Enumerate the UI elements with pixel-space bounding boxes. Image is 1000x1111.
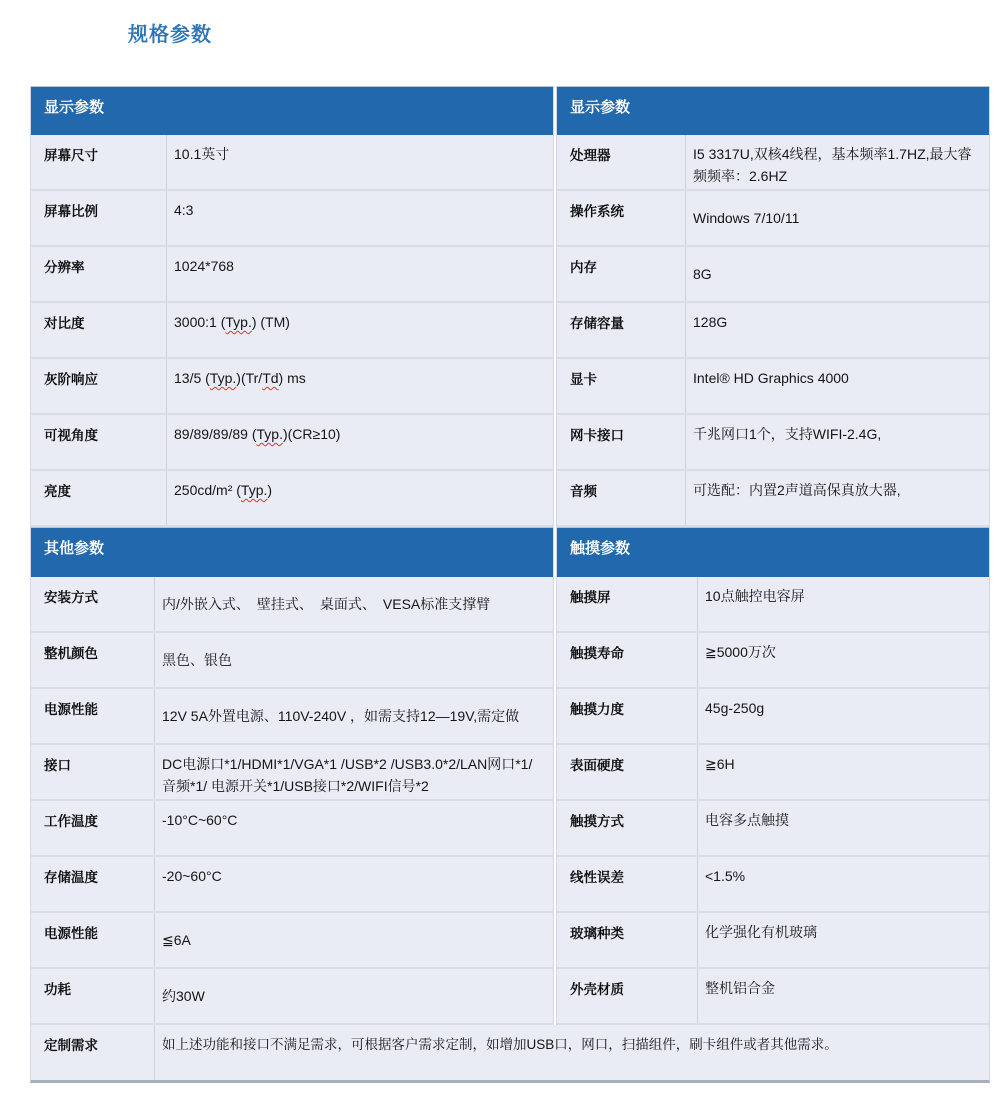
row-label: 接口 (31, 745, 154, 799)
row-value: 250cd/m² (Typ.) (166, 471, 553, 525)
row-label: 电源性能 (31, 689, 154, 743)
table-row: 触摸力度 45g-250g (557, 689, 989, 745)
table-row: 触摸寿命 ≧5000万次 (557, 633, 989, 689)
table-row: 屏幕比例 4:3 (31, 191, 553, 247)
row-value: 12V 5A外置电源、110V-240V ，如需支持12—19V,需定做 (154, 689, 553, 743)
row-label: 外壳材质 (557, 969, 697, 1023)
table-row: 线性误差 <1.5% (557, 857, 989, 913)
row-value: <1.5% (697, 857, 989, 911)
row-value: 10点触控电容屏 (697, 577, 989, 631)
row-value: 千兆网口1个，支持WIFI-2.4G, (685, 415, 989, 469)
row-value: 8G (685, 247, 989, 301)
table-row: 电源性能 12V 5A外置电源、110V-240V ，如需支持12—19V,需定… (31, 689, 553, 745)
spec-sheet-page: 规格参数 显示参数 屏幕尺寸 10.1英寸 屏幕比例 4:3 分辨率 1024*… (0, 0, 1000, 1111)
row-label: 对比度 (31, 303, 166, 357)
row-label: 屏幕比例 (31, 191, 166, 245)
table-row: 网卡接口 千兆网口1个，支持WIFI-2.4G, (557, 415, 989, 471)
table-row: 表面硬度 ≧6H (557, 745, 989, 801)
table-row: 内存 8G (557, 247, 989, 303)
row-label: 功耗 (31, 969, 154, 1023)
row-value: 黑色、银色 (154, 633, 553, 687)
row-value: 整机铝合金 (697, 969, 989, 1023)
row-value: -10°C~60°C (154, 801, 553, 855)
table-row: 亮度 250cd/m² (Typ.) (31, 471, 553, 527)
row-value: 约30W (154, 969, 553, 1023)
row-value: 内/外嵌入式、 壁挂式、 桌面式、 VESA标准支撑臂 (154, 577, 553, 631)
row-value: 1024*768 (166, 247, 553, 301)
row-label: 工作温度 (31, 801, 154, 855)
row-value: Intel® HD Graphics 4000 (685, 359, 989, 413)
page-title: 规格参数 (128, 18, 212, 47)
row-label: 灰阶响应 (31, 359, 166, 413)
table-row: 整机颜色 黑色、银色 (31, 633, 553, 689)
row-value: ≧5000万次 (697, 633, 989, 687)
row-label: 表面硬度 (557, 745, 697, 799)
row-value: 10.1英寸 (166, 135, 553, 189)
row-value: 可选配：内置2声道高保真放大器, (685, 471, 989, 525)
row-value: ≦6A (154, 913, 553, 967)
row-value: 如上述功能和接口不满足需求，可根据客户需求定制，如增加USB口，网口，扫描组件，… (154, 1025, 989, 1080)
spec-table: 显示参数 屏幕尺寸 10.1英寸 屏幕比例 4:3 分辨率 1024*768 对… (30, 86, 990, 1083)
row-label: 线性误差 (557, 857, 697, 911)
row-label: 触摸方式 (557, 801, 697, 855)
row-label: 存储容量 (557, 303, 685, 357)
table-row: 安装方式 内/外嵌入式、 壁挂式、 桌面式、 VESA标准支撑臂 (31, 577, 553, 633)
table-row: 操作系统 Windows 7/10/11 (557, 191, 989, 247)
table-row: 工作温度 -10°C~60°C (31, 801, 553, 857)
section-header-touch: 触摸参数 (557, 527, 989, 577)
row-label: 内存 (557, 247, 685, 301)
table-row-custom-needs: 定制需求 如上述功能和接口不满足需求，可根据客户需求定制，如增加USB口，网口，… (30, 1025, 990, 1083)
section-header-display-left: 显示参数 (31, 86, 553, 135)
table-touch: 触摸参数 触摸屏 10点触控电容屏 触摸寿命 ≧5000万次 触摸力度 45g-… (556, 527, 990, 1025)
table-display-right: 显示参数 处理器 I5 3317U,双核4线程，基本频率1.7HZ,最大睿频频率… (556, 86, 990, 527)
section-header-display-right: 显示参数 (557, 86, 989, 135)
table-row: 触摸方式 电容多点触摸 (557, 801, 989, 857)
row-label: 触摸寿命 (557, 633, 697, 687)
row-label: 安装方式 (31, 577, 154, 631)
row-label: 网卡接口 (557, 415, 685, 469)
row-label: 存储温度 (31, 857, 154, 911)
row-label: 可视角度 (31, 415, 166, 469)
table-row: 屏幕尺寸 10.1英寸 (31, 135, 553, 191)
row-label: 触摸屏 (557, 577, 697, 631)
row-label: 分辨率 (31, 247, 166, 301)
table-row: 功耗 约30W (31, 969, 553, 1025)
table-row: 可视角度 89/89/89/89 (Typ.)(CR≥10) (31, 415, 553, 471)
table-row: 外壳材质 整机铝合金 (557, 969, 989, 1025)
band-display: 显示参数 屏幕尺寸 10.1英寸 屏幕比例 4:3 分辨率 1024*768 对… (30, 86, 990, 527)
row-label: 整机颜色 (31, 633, 154, 687)
row-value: 4:3 (166, 191, 553, 245)
row-label: 音频 (557, 471, 685, 525)
table-row: 存储温度 -20~60°C (31, 857, 553, 913)
row-label: 电源性能 (31, 913, 154, 967)
row-label: 亮度 (31, 471, 166, 525)
row-label: 定制需求 (31, 1025, 154, 1080)
row-value: 45g-250g (697, 689, 989, 743)
table-other: 其他参数 安装方式 内/外嵌入式、 壁挂式、 桌面式、 VESA标准支撑臂 整机… (30, 527, 554, 1025)
table-row: 存储容量 128G (557, 303, 989, 359)
row-value: ≧6H (697, 745, 989, 799)
table-row: 触摸屏 10点触控电容屏 (557, 577, 989, 633)
row-value: DC电源口*1/HDMI*1/VGA*1 /USB*2 /USB3.0*2/LA… (154, 745, 553, 799)
row-label: 处理器 (557, 135, 685, 189)
table-row: 处理器 I5 3317U,双核4线程，基本频率1.7HZ,最大睿频频率：2.6H… (557, 135, 989, 191)
row-value: 128G (685, 303, 989, 357)
band-other-touch: 其他参数 安装方式 内/外嵌入式、 壁挂式、 桌面式、 VESA标准支撑臂 整机… (30, 527, 990, 1025)
table-row: 接口 DC电源口*1/HDMI*1/VGA*1 /USB*2 /USB3.0*2… (31, 745, 553, 801)
table-row: 玻璃种类 化学强化有机玻璃 (557, 913, 989, 969)
table-row: 显卡 Intel® HD Graphics 4000 (557, 359, 989, 415)
table-row: 对比度 3000:1 (Typ.) (TM) (31, 303, 553, 359)
row-value: Windows 7/10/11 (685, 191, 989, 245)
row-value: 3000:1 (Typ.) (TM) (166, 303, 553, 357)
row-value: 电容多点触摸 (697, 801, 989, 855)
row-value: 化学强化有机玻璃 (697, 913, 989, 967)
row-label: 屏幕尺寸 (31, 135, 166, 189)
section-header-other: 其他参数 (31, 527, 553, 577)
row-value: 13/5 (Typ.)(Tr/Td) ms (166, 359, 553, 413)
row-label: 触摸力度 (557, 689, 697, 743)
table-row: 灰阶响应 13/5 (Typ.)(Tr/Td) ms (31, 359, 553, 415)
row-label: 显卡 (557, 359, 685, 413)
row-value: 89/89/89/89 (Typ.)(CR≥10) (166, 415, 553, 469)
row-value: I5 3317U,双核4线程，基本频率1.7HZ,最大睿频频率：2.6HZ (685, 135, 989, 189)
table-row: 电源性能 ≦6A (31, 913, 553, 969)
row-label: 操作系统 (557, 191, 685, 245)
row-value: -20~60°C (154, 857, 553, 911)
table-row: 音频 可选配：内置2声道高保真放大器, (557, 471, 989, 527)
table-display-left: 显示参数 屏幕尺寸 10.1英寸 屏幕比例 4:3 分辨率 1024*768 对… (30, 86, 554, 527)
table-row: 分辨率 1024*768 (31, 247, 553, 303)
row-label: 玻璃种类 (557, 913, 697, 967)
